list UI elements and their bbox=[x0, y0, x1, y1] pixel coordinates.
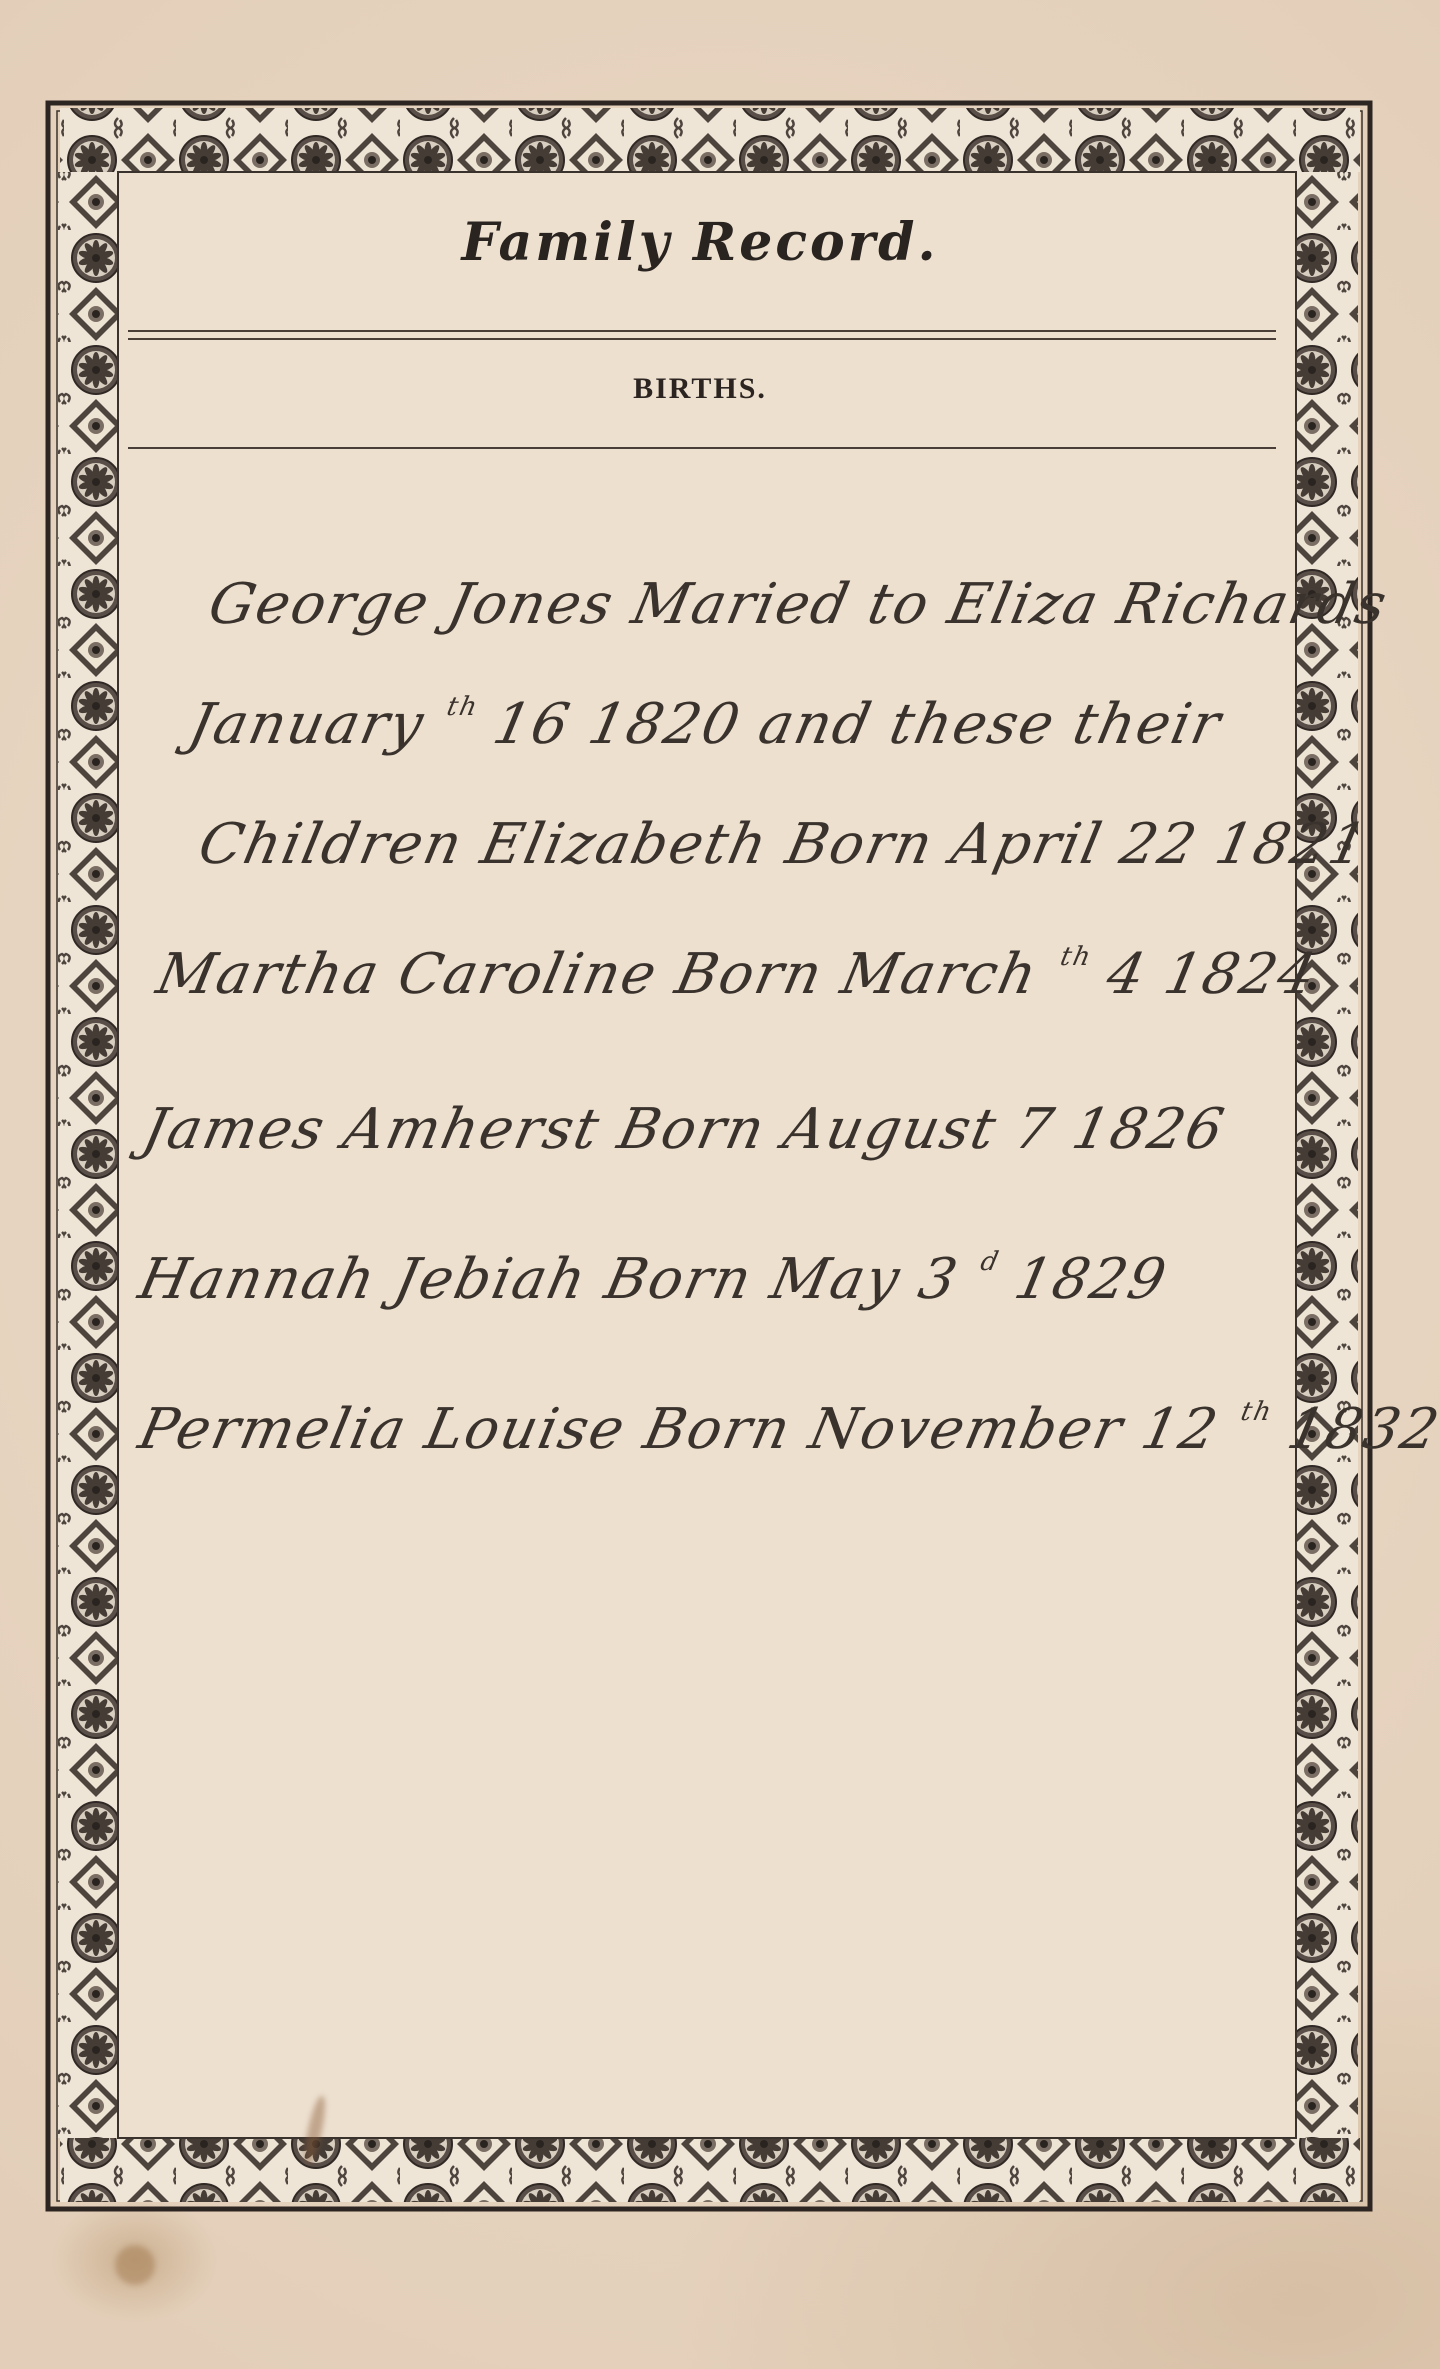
record-page: Family Record. BIRTHS. George Jones Mari… bbox=[118, 172, 1282, 2127]
page-title: Family Record. bbox=[118, 212, 1282, 273]
entry-line: Martha Caroline Born March th 4 1824 bbox=[151, 942, 1323, 1007]
title-double-rule-bottom bbox=[128, 338, 1276, 340]
entry-line: Children Elizabeth Born April 22 1821 bbox=[193, 812, 1374, 877]
section-heading: BIRTHS. bbox=[118, 372, 1282, 406]
title-double-rule-top bbox=[128, 330, 1276, 332]
entry-line: James Amherst Born August 7 1826 bbox=[137, 1097, 1231, 1162]
entry-line: January th 16 1820 and these their bbox=[183, 692, 1228, 757]
section-rule bbox=[128, 447, 1276, 449]
entry-line: George Jones Maried to Eliza Richards bbox=[203, 572, 1394, 637]
entry-line: Permelia Louise Born November 12 th 1832 bbox=[133, 1397, 1440, 1462]
paper-stain bbox=[115, 2245, 155, 2285]
entry-line: Hannah Jebiah Born May 3 d 1829 bbox=[133, 1247, 1173, 1312]
